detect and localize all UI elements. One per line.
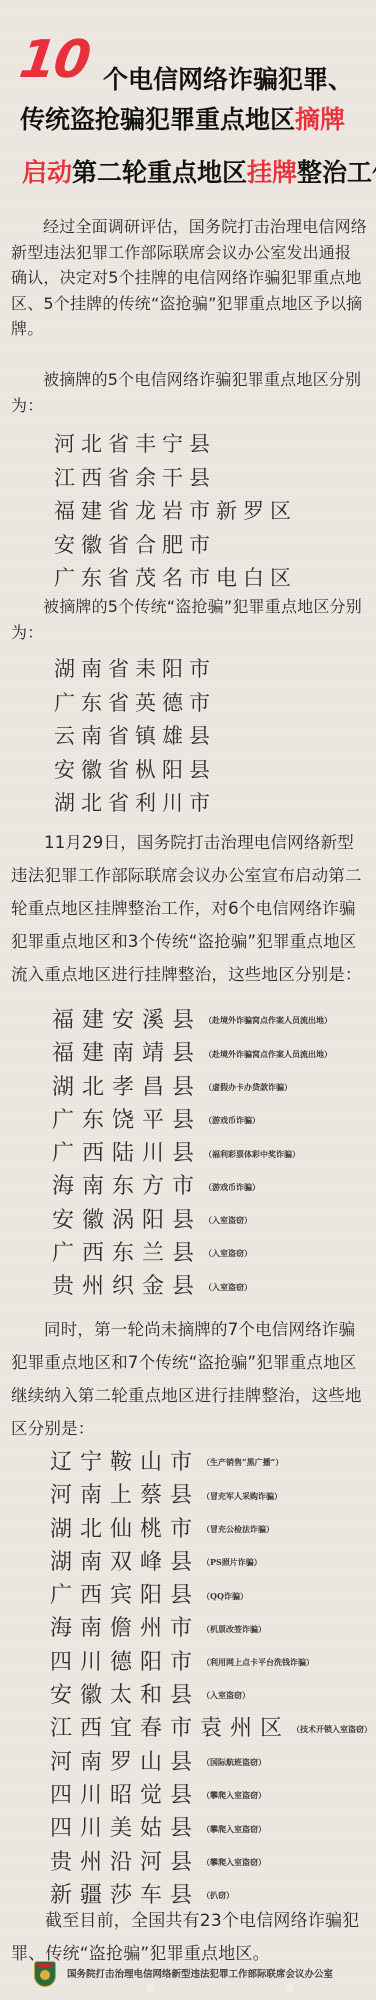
new-listed-list: 福建安溪县（赴境外诈骗窝点作案人员流出地） 福建南靖县（赴境外诈骗窝点作案人员流… <box>52 1004 332 1304</box>
police-emblem-icon <box>34 1961 56 1987</box>
headline-line-3-text-a: 第二轮重点地区 <box>72 158 247 187</box>
list-item: 广西陆川县（福利彩票体彩中奖诈骗） <box>52 1137 332 1170</box>
headline-line-3-text-b: 整治工作 <box>297 158 376 187</box>
headline-list-highlight: 挂牌 <box>247 158 297 187</box>
list-item: 海南儋州市（机票改签诈骗） <box>50 1612 372 1645</box>
list-item: 福建南靖县（赴境外诈骗窝点作案人员流出地） <box>52 1037 332 1070</box>
region-name: 福建安溪县 <box>52 1008 202 1033</box>
list-item: 辽宁鞍山市（生产销售“黑广播”） <box>50 1446 372 1479</box>
region-note: （生产销售“黑广播”） <box>202 1457 283 1467</box>
list-item: 湖北省利川市 <box>54 787 216 821</box>
region-name: 四川美姑县 <box>50 1816 200 1841</box>
delisted-telecom-list: 河北省丰宁县 江西省余干县 福建省龙岩市新罗区 安徽省合肥市 广东省茂名市电白区 <box>54 428 297 596</box>
list-item: 安徽太和县（入室盗窃） <box>50 1679 372 1712</box>
region-note: （入室盗窃） <box>204 1248 252 1258</box>
headline-number: 10 <box>16 34 92 86</box>
region-name: 四川昭觉县 <box>50 1783 200 1808</box>
list-item: 河北省丰宁县 <box>54 428 297 462</box>
region-note: （入室盗窃） <box>204 1215 252 1225</box>
headline-line-2-text: 传统盗抢骗犯罪重点地区 <box>20 105 295 134</box>
region-note: （入室盗窃） <box>204 1282 252 1292</box>
region-note: （冒充军人采购诈骗） <box>202 1491 282 1501</box>
list-item: 湖南双峰县（PS照片诈骗） <box>50 1546 372 1579</box>
weibo-watermark-2: @ <box>286 1983 294 1992</box>
region-name: 福建南靖县 <box>52 1041 202 1066</box>
region-note: （赴境外诈骗窝点作案人员流出地） <box>204 1049 332 1059</box>
list-item: 河南上蔡县（冒充军人采购诈骗） <box>50 1479 372 1512</box>
list-item: 福建省龙岩市新罗区 <box>54 495 297 529</box>
region-note: （游戏币诈骗） <box>204 1182 260 1192</box>
region-name: 四川德阳市 <box>50 1650 200 1675</box>
list-item: 海南东方市（游戏币诈骗） <box>52 1170 332 1203</box>
region-note: （利用网上点卡平台洗钱诈骗） <box>202 1657 314 1667</box>
list-item: 四川美姑县（攀爬入室盗窃） <box>50 1812 372 1845</box>
region-note: （游戏币诈骗） <box>204 1115 260 1125</box>
continued-paragraph: 同时，第一轮尚未摘牌的7个电信网络诈骗犯罪重点地区和7个传统“盗抢骗”犯罪重点地… <box>11 1313 367 1445</box>
second-round-paragraph: 11月29日，国务院打击治理电信网络新型违法犯罪工作部际联席会议办公室宣布启动第… <box>11 826 367 991</box>
footer-organization: 国务院打击治理电信网络新型违法犯罪工作部际联席会议办公室 <box>67 1966 333 1980</box>
region-note: （技术开锁入室盗窃） <box>292 1724 372 1734</box>
region-name: 广西东兰县 <box>52 1241 202 1266</box>
region-name: 贵州沿河县 <box>50 1850 200 1875</box>
delisted-traditional-list: 湖南省耒阳市 广东省英德市 云南省镇雄县 安徽省枞阳县 湖北省利川市 <box>54 653 216 821</box>
region-note: （攀爬入室盗窃） <box>202 1824 266 1834</box>
list-item: 湖北仙桃市（冒充公检法诈骗） <box>50 1513 372 1546</box>
list-item: 安徽省枞阳县 <box>54 754 216 788</box>
region-note: （机票改签诈骗） <box>202 1624 266 1634</box>
list-item: 江西省余干县 <box>54 462 297 496</box>
list-item: 四川德阳市（利用网上点卡平台洗钱诈骗） <box>50 1646 372 1679</box>
region-note: （福利彩票体彩中奖诈骗） <box>204 1149 300 1159</box>
headline-line-3: 启动第二轮重点地区挂牌整治工作 <box>22 153 376 189</box>
list-item: 广西东兰县（入室盗窃） <box>52 1237 332 1270</box>
list-item: 广西宾阳县（QQ诈骗） <box>50 1579 372 1612</box>
list-item: 广东省茂名市电白区 <box>54 562 297 596</box>
region-name: 安徽太和县 <box>50 1683 200 1708</box>
delisted-traditional-intro: 被摘牌的5个传统“盗抢骗”犯罪重点地区分别为： <box>11 594 367 645</box>
region-note: （入室盗窃） <box>202 1690 250 1700</box>
region-name: 安徽涡阳县 <box>52 1208 202 1233</box>
region-note: （赴境外诈骗窝点作案人员流出地） <box>204 1015 332 1025</box>
region-name: 湖北孝昌县 <box>52 1075 202 1100</box>
region-name: 湖南双峰县 <box>50 1550 200 1575</box>
intro-paragraph: 经过全面调研评估，国务院打击治理电信网络新型违法犯罪工作部际联席会议办公室发出通… <box>11 214 367 342</box>
list-item: 安徽涡阳县（入室盗窃） <box>52 1204 332 1237</box>
region-name: 海南东方市 <box>52 1174 202 1199</box>
region-note: （虚假办卡办贷款诈骗） <box>204 1082 292 1092</box>
list-item: 福建安溪县（赴境外诈骗窝点作案人员流出地） <box>52 1004 332 1037</box>
region-name: 河南上蔡县 <box>50 1483 200 1508</box>
list-item: 湖北孝昌县（虚假办卡办贷款诈骗） <box>52 1071 332 1104</box>
list-item: 河南罗山县（国际航班盗窃） <box>50 1746 372 1779</box>
list-item: 湖南省耒阳市 <box>54 653 216 687</box>
list-item: 广东省英德市 <box>54 687 216 721</box>
list-item: 贵州织金县（入室盗窃） <box>52 1270 332 1303</box>
region-note: （扒窃） <box>202 1890 234 1900</box>
weibo-watermark-1: @ <box>146 1983 154 1992</box>
list-item: 广东饶平县（游戏币诈骗） <box>52 1104 332 1137</box>
footer: 国务院打击治理电信网络新型违法犯罪工作部际联席会议办公室 @ @ <box>34 1961 374 1997</box>
list-item: 四川昭觉县（攀爬入室盗窃） <box>50 1779 372 1812</box>
region-name: 贵州织金县 <box>52 1274 202 1299</box>
headline-line-2: 传统盗抢骗犯罪重点地区摘牌 <box>20 100 345 136</box>
region-note: （攀爬入室盗窃） <box>202 1790 266 1800</box>
delisted-telecom-intro: 被摘牌的5个电信网络诈骗犯罪重点地区分别为： <box>11 367 367 418</box>
region-name: 江西宜春市袁州区 <box>50 1716 290 1741</box>
region-note: （攀爬入室盗窃） <box>202 1857 266 1867</box>
region-note: （PS照片诈骗） <box>202 1557 262 1567</box>
region-name: 广东饶平县 <box>52 1108 202 1133</box>
headline-launch-highlight: 启动 <box>22 158 72 187</box>
region-name: 辽宁鞍山市 <box>50 1450 200 1475</box>
list-item: 安徽省合肥市 <box>54 529 297 563</box>
headline-line-1: 个电信网络诈骗犯罪、 <box>103 60 353 96</box>
list-item: 云南省镇雄县 <box>54 720 216 754</box>
continued-listed-list: 辽宁鞍山市（生产销售“黑广播”） 河南上蔡县（冒充军人采购诈骗） 湖北仙桃市（冒… <box>50 1446 372 1912</box>
region-note: （冒充公检法诈骗） <box>202 1524 274 1534</box>
region-name: 广西宾阳县 <box>50 1583 200 1608</box>
list-item: 贵州沿河县（攀爬入室盗窃） <box>50 1846 372 1879</box>
document-page: 10 个电信网络诈骗犯罪、 传统盗抢骗犯罪重点地区摘牌 启动第二轮重点地区挂牌整… <box>0 0 376 2000</box>
region-name: 湖北仙桃市 <box>50 1517 200 1542</box>
list-item: 江西宜春市袁州区（技术开锁入室盗窃） <box>50 1712 372 1745</box>
region-name: 广西陆川县 <box>52 1141 202 1166</box>
region-name: 河南罗山县 <box>50 1750 200 1775</box>
region-note: （QQ诈骗） <box>202 1591 248 1601</box>
headline-delist-highlight: 摘牌 <box>295 105 345 134</box>
region-name: 海南儋州市 <box>50 1616 200 1641</box>
region-note: （国际航班盗窃） <box>202 1757 266 1767</box>
